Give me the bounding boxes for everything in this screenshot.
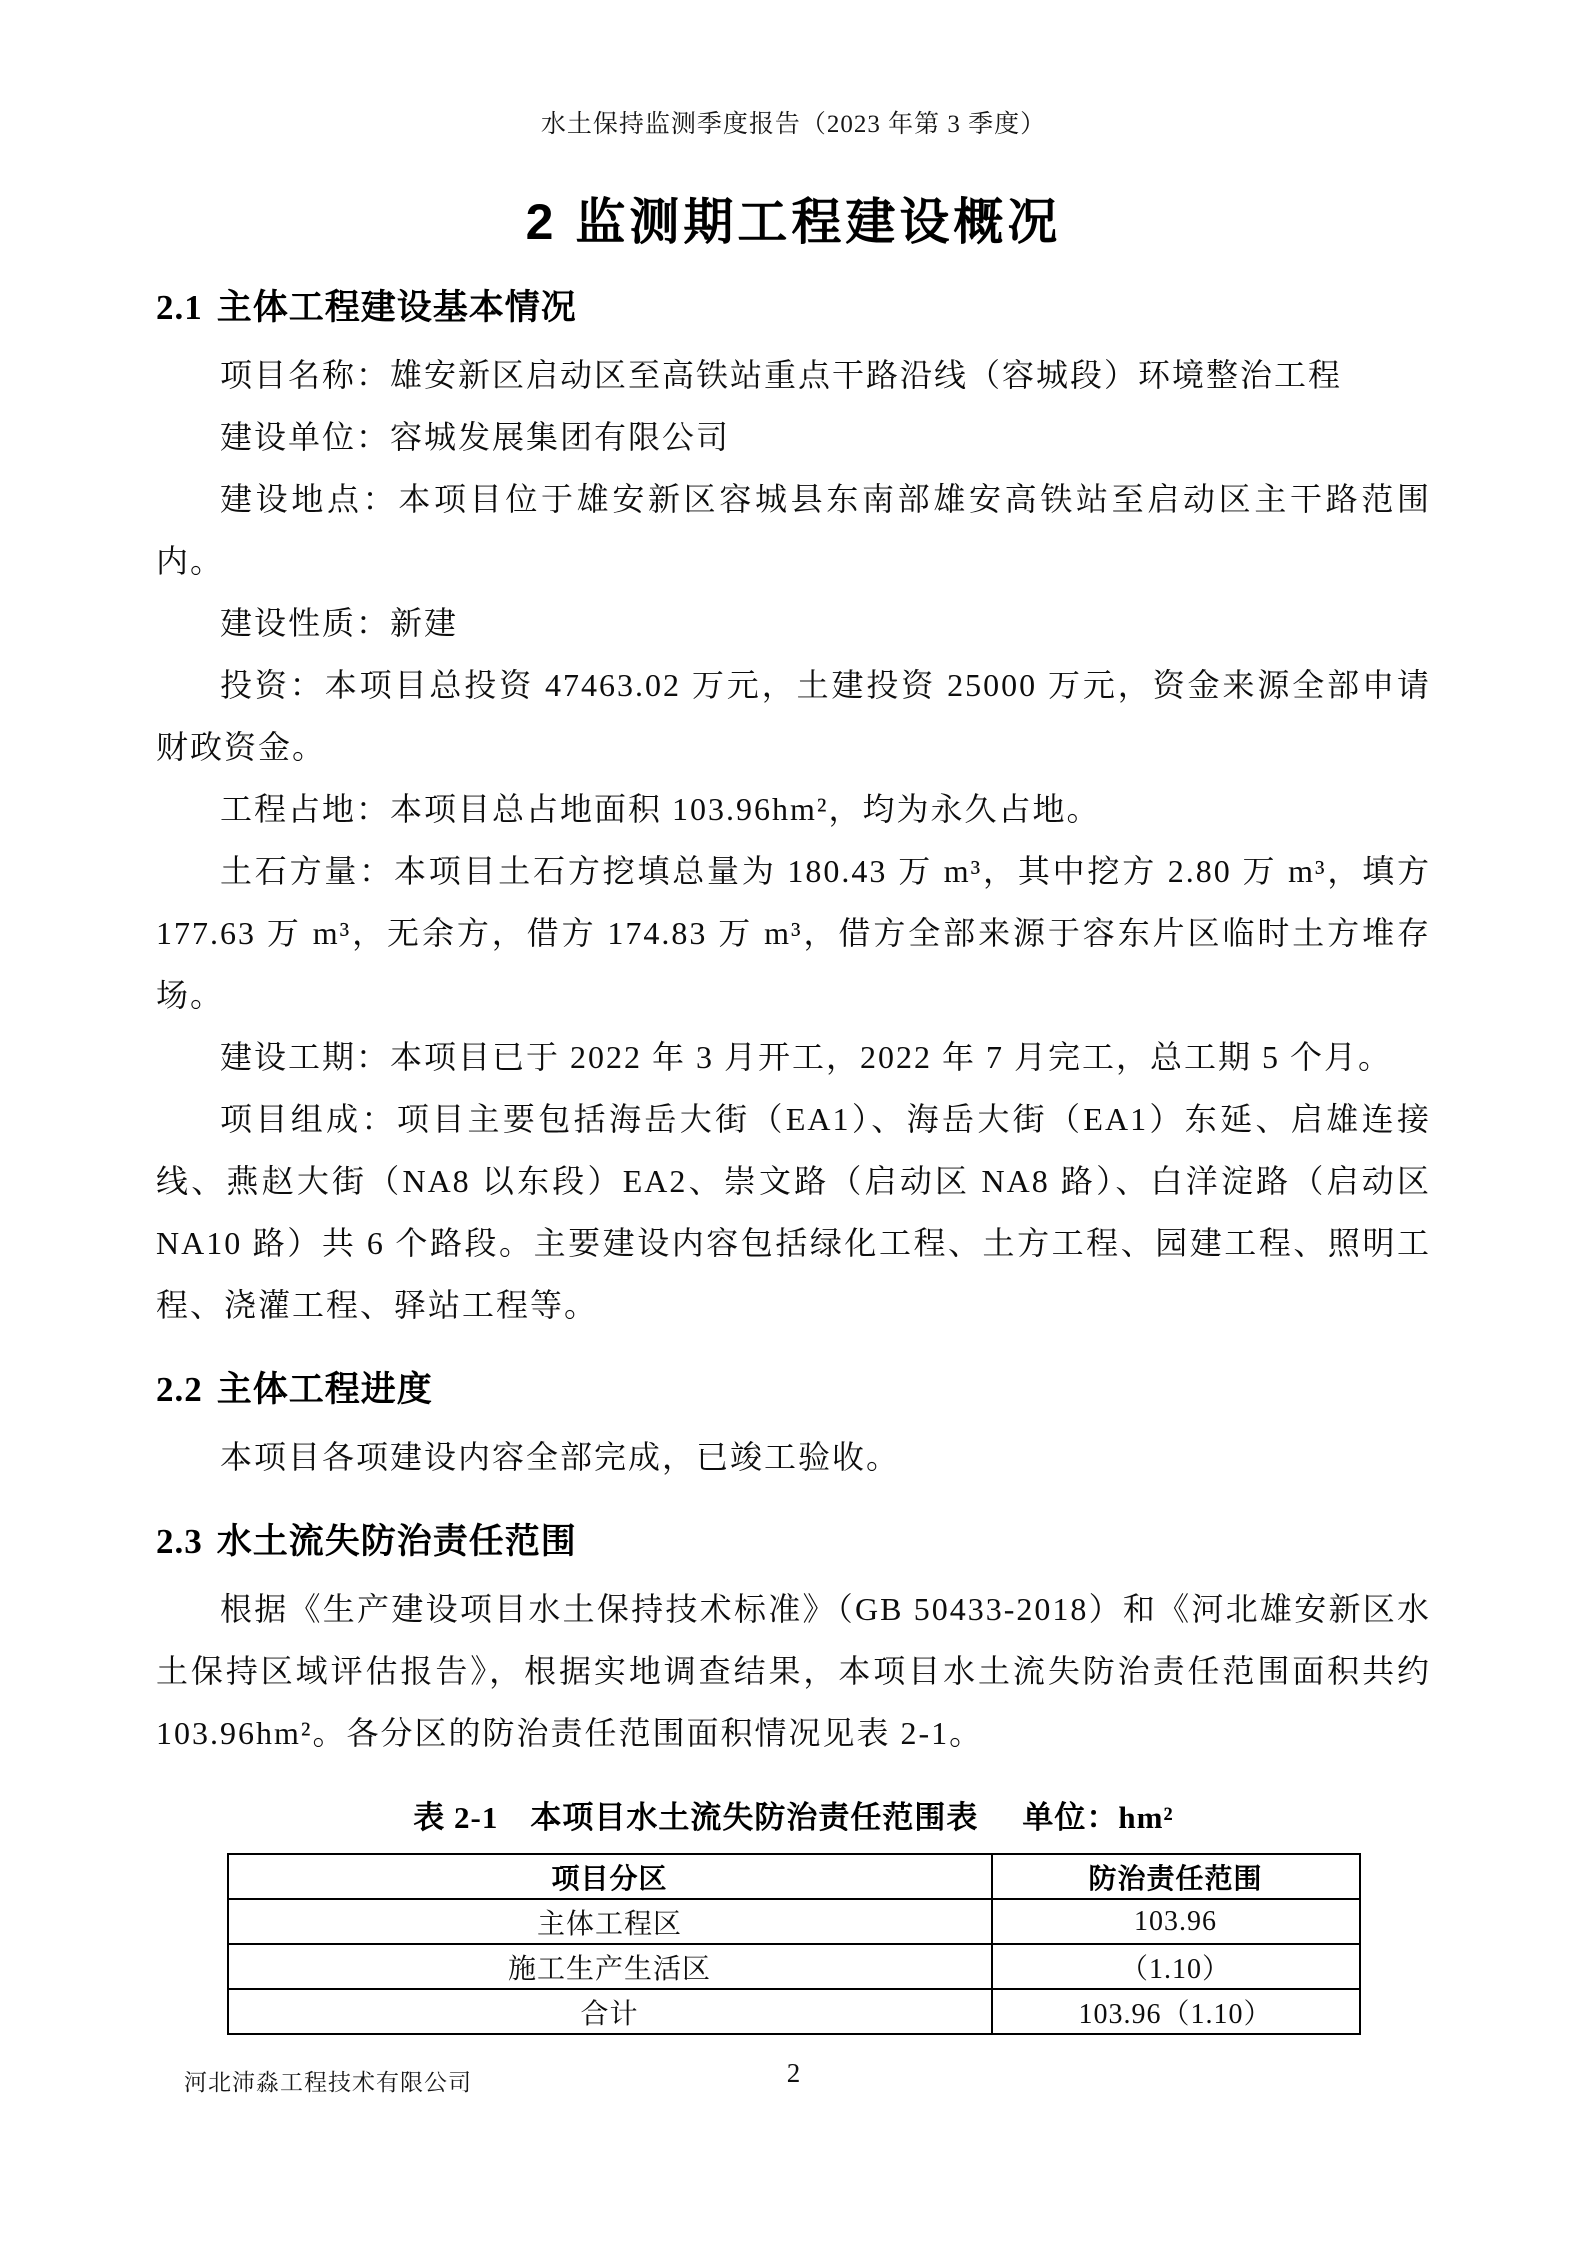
section-heading-text: 主体工程进度 [217, 1370, 433, 1409]
paragraph-investment: 投资：本项目总投资 47463.02 万元，土建投资 25000 万元，资金来源… [156, 654, 1431, 778]
table-caption: 表 2-1 本项目水土流失防治责任范围表单位：hm² [156, 1792, 1431, 1837]
paragraph-location: 建设地点：本项目位于雄安新区容城县东南部雄安高铁站至启动区主干路范围内。 [156, 468, 1431, 592]
table-row: 主体工程区 103.96 [228, 1899, 1360, 1944]
table-caption-text: 表 2-1 本项目水土流失防治责任范围表 [413, 1800, 978, 1835]
table-cell-value: 103.96（1.10） [992, 1989, 1360, 2034]
responsibility-range-table: 项目分区 防治责任范围 主体工程区 103.96 施工生产生活区 （1.10） … [227, 1853, 1361, 2035]
section-number: 2.3 [156, 1522, 203, 1561]
paragraph-land-occupation: 工程占地：本项目总占地面积 103.96hm²，均为永久占地。 [156, 778, 1431, 840]
section-heading-2-2: 2.2主体工程进度 [156, 1362, 1431, 1412]
table-cell-value: （1.10） [992, 1944, 1360, 1989]
paragraph-earthwork: 土石方量：本项目土石方挖填总量为 180.43 万 m³，其中挖方 2.80 万… [156, 840, 1431, 1026]
paragraph-nature: 建设性质：新建 [156, 592, 1431, 654]
table-header-row: 项目分区 防治责任范围 [228, 1854, 1360, 1899]
column-header-range: 防治责任范围 [992, 1854, 1360, 1899]
column-header-zone: 项目分区 [228, 1854, 992, 1899]
running-header: 水土保持监测季度报告（2023 年第 3 季度） [156, 104, 1431, 140]
section-heading-2-1: 2.1主体工程建设基本情况 [156, 280, 1431, 330]
table-unit-label: 单位：hm² [1022, 1800, 1173, 1835]
page-footer: 河北沛淼工程技术有限公司 2 [156, 2058, 1431, 2098]
table-cell-zone: 合计 [228, 1989, 992, 2034]
page-number: 2 [156, 2058, 1431, 2089]
section-heading-2-3: 2.3水土流失防治责任范围 [156, 1514, 1431, 1564]
document-page: 水土保持监测季度报告（2023 年第 3 季度） 2 监测期工程建设概况 2.1… [0, 0, 1587, 2245]
chapter-title: 2 监测期工程建设概况 [156, 182, 1431, 254]
paragraph-schedule: 建设工期：本项目已于 2022 年 3 月开工，2022 年 7 月完工，总工期… [156, 1026, 1431, 1088]
paragraph-project-name: 项目名称：雄安新区启动区至高铁站重点干路沿线（容城段）环境整治工程 [156, 344, 1431, 406]
table-cell-value: 103.96 [992, 1899, 1360, 1944]
section-heading-text: 主体工程建设基本情况 [217, 288, 577, 327]
paragraph-construction-unit: 建设单位：容城发展集团有限公司 [156, 406, 1431, 468]
section-heading-text: 水土流失防治责任范围 [217, 1522, 577, 1561]
table-row: 施工生产生活区 （1.10） [228, 1944, 1360, 1989]
paragraph-progress: 本项目各项建设内容全部完成，已竣工验收。 [156, 1426, 1431, 1488]
paragraph-composition: 项目组成：项目主要包括海岳大街（EA1）、海岳大街（EA1）东延、启雄连接线、燕… [156, 1088, 1431, 1336]
section-number: 2.1 [156, 288, 203, 327]
table-cell-zone: 主体工程区 [228, 1899, 992, 1944]
table-cell-zone: 施工生产生活区 [228, 1944, 992, 1989]
table-row: 合计 103.96（1.10） [228, 1989, 1360, 2034]
paragraph-responsibility-scope: 根据《生产建设项目水土保持技术标准》（GB 50433-2018）和《河北雄安新… [156, 1578, 1431, 1764]
section-number: 2.2 [156, 1370, 203, 1409]
